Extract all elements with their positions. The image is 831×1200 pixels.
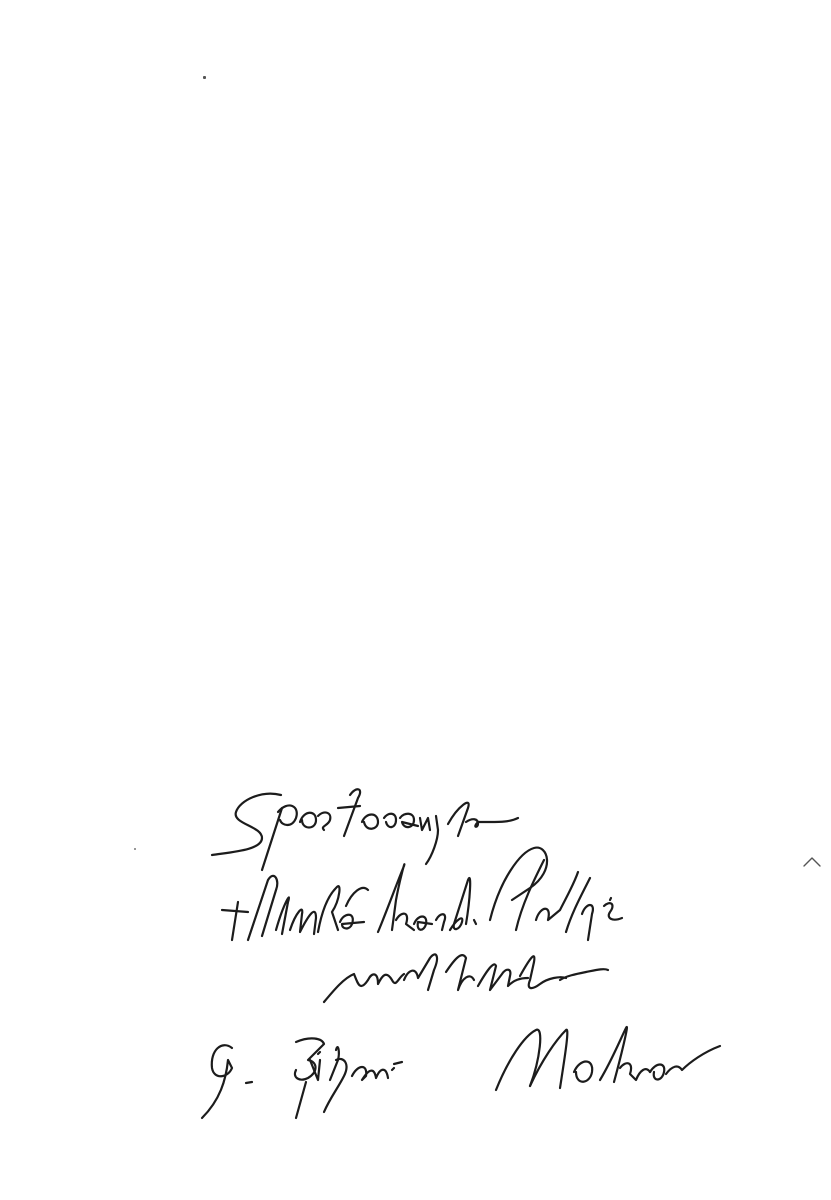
handwriting-mark: [804, 858, 820, 866]
scanned-page: S poštovanjem + Vinko kard. Puljić nadbi…: [0, 0, 831, 1200]
handwriting-line-1: [212, 789, 518, 870]
handwriting-line-3: [324, 954, 608, 1002]
handwriting-line-4: [202, 1027, 720, 1118]
handwritten-inscription: [0, 0, 831, 1200]
handwriting-line-2: [222, 848, 622, 940]
